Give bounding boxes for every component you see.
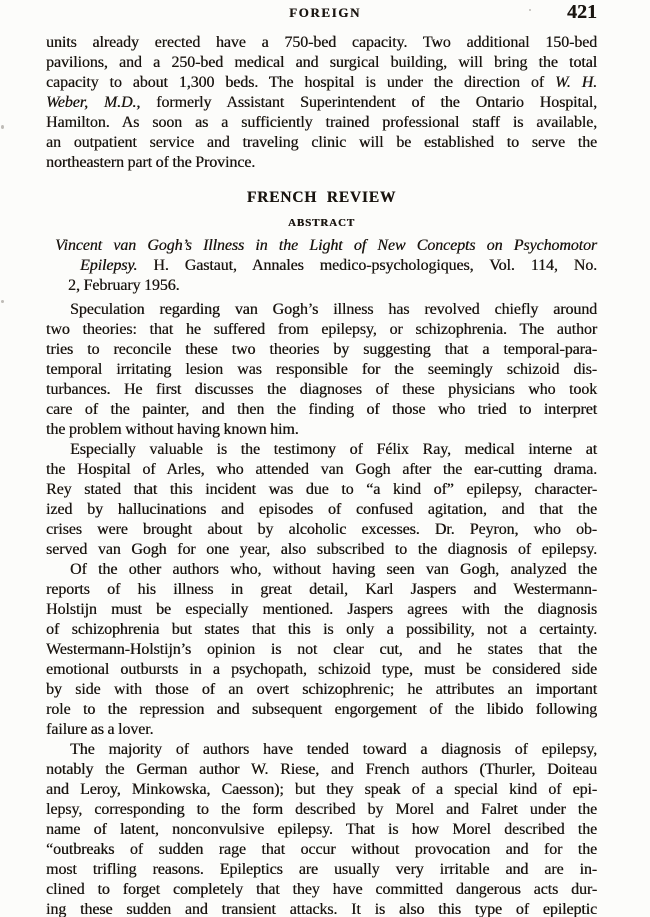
text-line: crises were brought about by alcoholic e… xyxy=(46,520,597,540)
text-line: capacity to about 1,300 beds. The hospit… xyxy=(46,73,597,93)
text-line: of schizophrenia but states that this is… xyxy=(46,620,597,640)
text-line: northeastern part of the Province. xyxy=(46,153,597,173)
section-heading: FRENCH REVIEW xyxy=(46,188,597,208)
text-line: ing these sudden and transient attacks. … xyxy=(46,900,597,917)
text-line: Vincent van Gogh’s Illness in the Light … xyxy=(46,236,597,256)
text-line: Epilepsy. H. Gastaut, Annales medico-psy… xyxy=(46,256,597,276)
text-line: ized by hallucinations and episodes of c… xyxy=(46,500,597,520)
text-line: role to the repression and subsequent en… xyxy=(46,700,597,720)
text-line: two theories: that he suffered from epil… xyxy=(46,320,597,340)
text-line: The majority of authors have tended towa… xyxy=(46,740,597,760)
text-line: pavilions, and a 250-bed medical and sur… xyxy=(46,53,597,73)
text-line: emotional outbursts in a psychopath, sch… xyxy=(46,660,597,680)
body-paragraph: Especially valuable is the testimony of … xyxy=(46,440,597,560)
text-line: name of latent, nonconvulsive epilepsy. … xyxy=(46,820,597,840)
body-paragraph: The majority of authors have tended towa… xyxy=(46,740,597,917)
text-line: Holstijn must be especially mentioned. J… xyxy=(46,600,597,620)
page-body: units already erected have a 750-bed cap… xyxy=(46,33,597,917)
scan-speck xyxy=(1,125,4,129)
text-line: “outbreaks of sudden rage that occur wit… xyxy=(46,840,597,860)
page-number: 421 xyxy=(567,1,597,24)
text-line: the Hospital of Arles, who attended van … xyxy=(46,460,597,480)
text-line: most trifling reasons. Epileptics are us… xyxy=(46,860,597,880)
text-line: Hamilton. As soon as a sufficiently trai… xyxy=(46,113,597,133)
text-line: Speculation regarding van Gogh’s illness… xyxy=(46,300,597,320)
text-line: 2, February 1956. xyxy=(46,276,597,296)
text-line: lepsy, corresponding to the form describ… xyxy=(46,800,597,820)
text-line: Especially valuable is the testimony of … xyxy=(46,440,597,460)
body-paragraph: Of the other authors who, without having… xyxy=(46,560,597,740)
text-line: Weber, M.D., formerly Assistant Superint… xyxy=(46,93,597,113)
text-line: Rey stated that this incident was due to… xyxy=(46,480,597,500)
text-line: served van Gogh for one year, also subsc… xyxy=(46,540,597,560)
text-line: units already erected have a 750-bed cap… xyxy=(46,33,597,53)
text-line: notably the German author W. Riese, and … xyxy=(46,760,597,780)
text-line: tries to reconcile these two theories by… xyxy=(46,340,597,360)
journal-page: FOREIGN 421 units already erected have a… xyxy=(0,0,650,917)
scan-speck xyxy=(529,9,531,11)
text-line: clined to forget completely that they ha… xyxy=(46,880,597,900)
text-line: by side with those of an overt schizophr… xyxy=(46,680,597,700)
abstract-citation: Vincent van Gogh’s Illness in the Light … xyxy=(46,236,597,296)
text-line: and Leroy, Minkowska, Caesson); but they… xyxy=(46,780,597,800)
section-subheading: ABSTRACT xyxy=(46,214,597,232)
text-line: reports of his illness in great detail, … xyxy=(46,580,597,600)
text-line: an outpatient service and traveling clin… xyxy=(46,133,597,153)
scan-speck xyxy=(1,300,4,303)
text-line: temporal irritating lesion was responsib… xyxy=(46,360,597,380)
text-line: Westermann-Holstijn’s opinion is not cle… xyxy=(46,640,597,660)
text-line: care of the painter, and then the findin… xyxy=(46,400,597,420)
text-line: turbances. He first discusses the diagno… xyxy=(46,380,597,400)
text-line: failure as a lover. xyxy=(46,720,597,740)
text-line: the problem without having known him. xyxy=(46,420,597,440)
body-paragraph: units already erected have a 750-bed cap… xyxy=(46,33,597,173)
running-title: FOREIGN xyxy=(0,5,650,21)
text-line: Of the other authors who, without having… xyxy=(46,560,597,580)
body-paragraph: Speculation regarding van Gogh’s illness… xyxy=(46,300,597,440)
